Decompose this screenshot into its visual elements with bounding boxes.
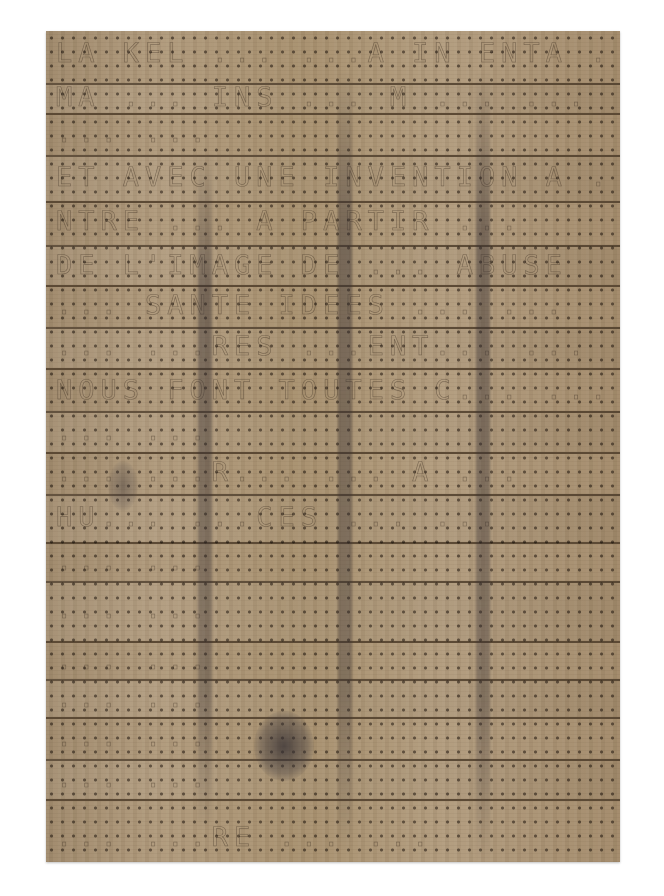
wooden-panel: LA KEL ... ...A IN ENTA ... MA ... INS .… [46, 31, 620, 862]
stain-streak [198, 151, 212, 831]
punched-holes-texture [46, 31, 620, 862]
stain-streak [338, 71, 352, 851]
dark-stain [254, 711, 314, 781]
dark-stain [108, 461, 138, 511]
stain-streak [476, 71, 490, 861]
